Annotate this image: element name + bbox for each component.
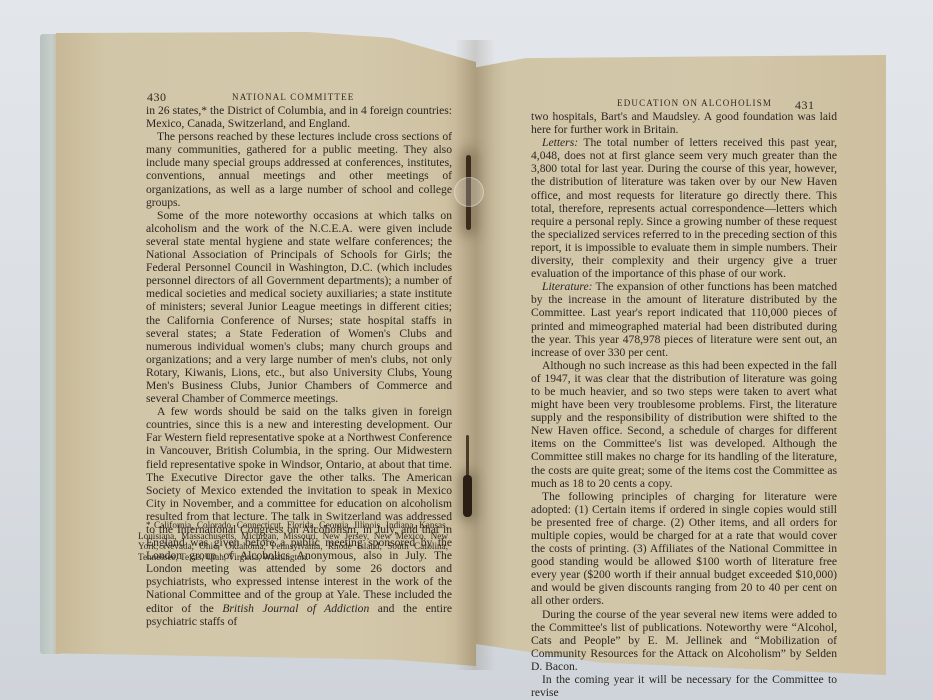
paragraph: Although no such increase as this had be… <box>531 359 837 490</box>
paragraph: The following principles of charging for… <box>531 490 837 608</box>
journal-title: British Journal of Addiction <box>222 602 369 615</box>
footnote-text: * California, Colorado, Connecticut, Flo… <box>138 520 448 562</box>
section-lead-letters: Letters: <box>542 136 578 149</box>
paragraph: two hospitals, Bart's and Maudsley. A go… <box>531 110 837 136</box>
right-running-head: EDUCATION ON ALCOHOLISM <box>617 98 772 108</box>
left-footnote: * California, Colorado, Connecticut, Flo… <box>138 520 448 562</box>
paragraph: During the course of the year several ne… <box>531 608 837 673</box>
paragraph: In the coming year it will be necessary … <box>531 673 837 699</box>
section-lead-literature: Literature: <box>542 280 592 293</box>
left-page-number: 430 <box>147 90 167 105</box>
paragraph-text: The total number of letters received thi… <box>531 136 837 280</box>
staple-bottom-icon <box>466 435 469 515</box>
spine-fold <box>455 40 495 670</box>
paragraph: in 26 states,* the District of Columbia,… <box>146 104 452 130</box>
paragraph: The persons reached by these lectures in… <box>146 130 452 209</box>
paragraph: A few words should be said on the talks … <box>146 405 452 628</box>
paragraph: Some of the more noteworthy occasions at… <box>146 209 452 405</box>
paragraph-text: A few words should be said on the talks … <box>146 405 452 614</box>
paragraph: Letters: The total number of letters rec… <box>531 136 837 280</box>
staple-top-icon <box>466 155 471 230</box>
paragraph: Literature: The expansion of other funct… <box>531 280 837 359</box>
left-running-head: NATIONAL COMMITTEE <box>232 92 355 102</box>
right-body-text: two hospitals, Bart's and Maudsley. A go… <box>531 110 837 699</box>
open-booklet: 430 NATIONAL COMMITTEE in 26 states,* th… <box>0 0 933 700</box>
